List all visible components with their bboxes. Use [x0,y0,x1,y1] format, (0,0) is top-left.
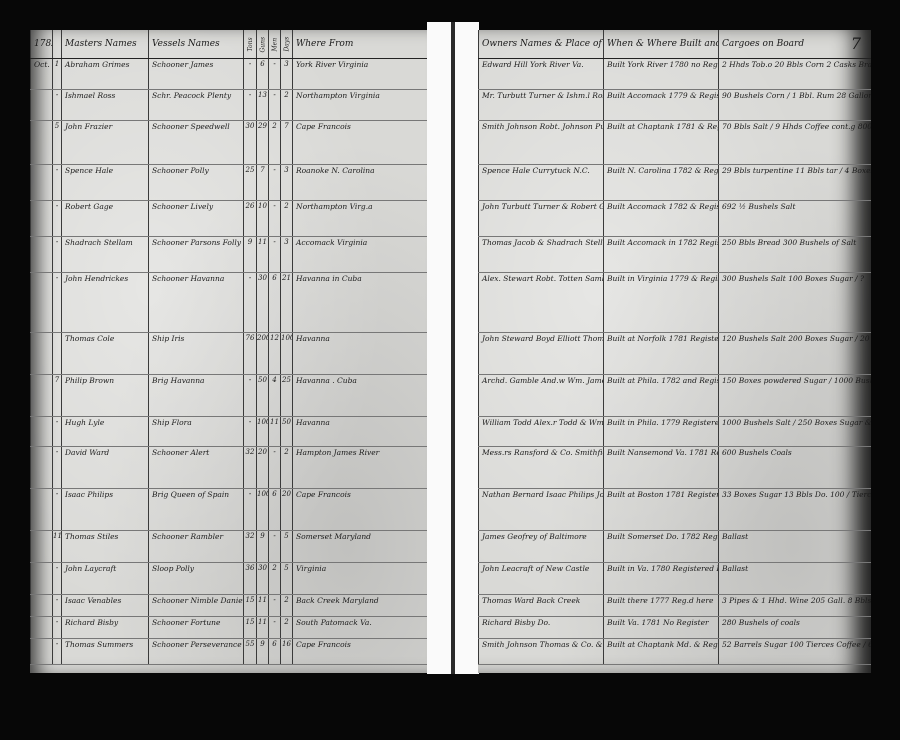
tons-cell: - [244,59,257,90]
vessel-name-cell: Brig Havanna [149,375,244,417]
guns-cell: 30 [257,273,269,333]
table-row: John Steward Boyd Elliott Thomas Todd & … [479,333,872,375]
tons-cell: - [244,375,257,417]
men-header: Men [269,30,281,59]
guns-cell: 10 [257,201,269,237]
master-name-cell: John Laycraft [62,563,149,595]
vessel-name-cell: Sloop Polly [149,563,244,595]
month-cell [31,617,53,639]
table-row: Oct.1Abraham GrimesSchooner James-6-3Yor… [31,59,428,90]
vessels-names-header: Vessels Names [149,30,244,59]
cargo-cell: Ballast [719,563,872,595]
where-from-cell: Virginia [293,563,428,595]
table-row: Smith Johnson Thomas & Co. & Saml. Johns… [479,639,872,665]
page-edge-right [455,22,479,674]
tons-cell: - [244,489,257,531]
cargoes-header: Cargoes on Board [719,30,872,59]
month-cell [31,201,53,237]
table-row: John Leacraft of New CastleBuilt in Va. … [479,563,872,595]
vessel-name-cell: Schooner Nimble Daniel [149,595,244,617]
built-registered-cell: Built in Virginia 1779 & Registered in P… [604,273,719,333]
master-name-cell: Thomas Stiles [62,531,149,563]
month-cell [31,121,53,165]
built-registered-cell: Built Somerset Do. 1782 Registered there… [604,531,719,563]
men-cell: 6 [269,273,281,333]
table-row: -Shadrach StellamSchooner Parsons Folly9… [31,237,428,273]
table-row: -David WardSchooner Alert3220-2Hampton J… [31,447,428,489]
where-from-cell: Cape Francois [293,489,428,531]
tons-cell: - [244,90,257,121]
guns-cell: 30 [257,563,269,595]
men-cell: 12 [269,333,281,375]
owners-cell: Smith Johnson Robt. Johnson Purviance & … [479,121,604,165]
built-registered-cell: Built in Va. 1780 Registered Baltimore 1… [604,563,719,595]
guns-cell: 11 [257,237,269,273]
guns-cell: 29 [257,121,269,165]
day-cell: - [53,90,62,121]
cargo-cell: 150 Boxes powdered Sugar / 1000 Bushels … [719,375,872,417]
day-cell: 7 [53,375,62,417]
built-registered-cell: Built Accomack in 1782 Registered there … [604,237,719,273]
owners-cell: Nathan Bernard Isaac Philips John Winthr… [479,489,604,531]
ledger-left-page: 1782 Masters Names Vessels Names Tons Gu… [30,30,427,673]
vessel-name-cell: Brig Queen of Spain [149,489,244,531]
master-name-cell: Philip Brown [62,375,149,417]
men-cell: 6 [269,489,281,531]
master-name-cell: Spence Hale [62,165,149,201]
month-cell [31,447,53,489]
men-cell: 2 [269,563,281,595]
day-cell: 11 [53,531,62,563]
owners-cell: Spence Hale Currytuck N.C. [479,165,604,201]
tons-cell: 15 [244,595,257,617]
cargo-cell: 692 ½ Bushels Salt [719,201,872,237]
owners-cell: John Turbutt Turner & Robert Gage Virg.a [479,201,604,237]
table-row: -Spence HaleSchooner Polly257-3Roanoke N… [31,165,428,201]
day-cell: - [53,489,62,531]
days-cell: 2 [281,447,293,489]
built-registered-cell: Built Accomack 1782 & Registered North.n… [604,201,719,237]
where-from-cell: Back Creek Maryland [293,595,428,617]
master-name-cell: Thomas Cole [62,333,149,375]
where-from-cell: Havanna in Cuba [293,273,428,333]
vessel-name-cell: Schooner Lively [149,201,244,237]
built-registered-cell: Built Va. 1781 No Register [604,617,719,639]
year-header: 1782 [31,30,53,59]
table-row: 5John FrazierSchooner Speedwell302927Cap… [31,121,428,165]
cargo-cell: 3 Pipes & 1 Hhd. Wine 205 Gall. 8 Bbls C… [719,595,872,617]
days-cell: 3 [281,59,293,90]
table-row: -Ishmael RossSchr. Peacock Plenty-13-2No… [31,90,428,121]
table-row: Nathan Bernard Isaac Philips John Winthr… [479,489,872,531]
guns-cell: 9 [257,639,269,665]
where-from-cell: Cape Francois [293,639,428,665]
men-cell: - [269,201,281,237]
where-from-cell: Havanna . Cuba [293,375,428,417]
ledger-right-page: 7 Owners Names & Place of Residence When… [478,30,871,673]
men-cell: - [269,531,281,563]
tons-cell: 55 [244,639,257,665]
table-row: -Robert GageSchooner Lively2610-2Northam… [31,201,428,237]
day-cell: - [53,201,62,237]
days-cell: 25 [281,375,293,417]
cargo-cell: 300 Bushels Salt 100 Boxes Sugar / ? [719,273,872,333]
men-cell: 6 [269,639,281,665]
table-row: Richard Bisby Do.Built Va. 1781 No Regis… [479,617,872,639]
master-name-cell: Ishmael Ross [62,90,149,121]
owners-header: Owners Names & Place of Residence [479,30,604,59]
built-registered-cell: Built there 1777 Reg.d here [604,595,719,617]
owners-cargo-table: Owners Names & Place of Residence When &… [478,30,871,665]
men-cell: 4 [269,375,281,417]
where-from-cell: Roanoke N. Carolina [293,165,428,201]
vessel-name-cell: Schooner Alert [149,447,244,489]
master-name-cell: David Ward [62,447,149,489]
table-row: Thomas ColeShip Iris7620012100Havanna [31,333,428,375]
day-cell: - [53,273,62,333]
built-registered-cell: Built Nansemond Va. 1781 Registered Hamp… [604,447,719,489]
vessel-name-cell: Ship Flora [149,417,244,447]
built-registered-cell: Built York River 1780 no Reg.r [604,59,719,90]
month-cell [31,333,53,375]
guns-cell: 11 [257,595,269,617]
month-cell [31,563,53,595]
tons-cell: 76 [244,333,257,375]
days-cell: 21 [281,273,293,333]
day-cell: 5 [53,121,62,165]
days-cell: 7 [281,121,293,165]
month-cell [31,639,53,665]
days-cell: 2 [281,201,293,237]
table-row: -John HendrickesSchooner Havanna-30621Ha… [31,273,428,333]
tons-cell: - [244,417,257,447]
table-row: James Geofrey of BaltimoreBuilt Somerset… [479,531,872,563]
masters-names-header: Masters Names [62,30,149,59]
built-registered-cell: Built at Norfolk 1781 Registered there 1… [604,333,719,375]
tons-cell: 32 [244,531,257,563]
month-cell [31,90,53,121]
days-header: Days [281,30,293,59]
table-row: -Isaac PhilipsBrig Queen of Spain-100620… [31,489,428,531]
vessel-name-cell: Schooner Polly [149,165,244,201]
days-cell: 2 [281,595,293,617]
vessel-name-cell: Schooner Speedwell [149,121,244,165]
cargo-cell: Ballast [719,531,872,563]
owners-cell: Mr. Turbutt Turner & Ishm.l Ross of Nort… [479,90,604,121]
cargo-cell: 2 Hhds Tob.o 20 Bbls Corn 2 Casks Brandy… [719,59,872,90]
days-cell: 50 [281,417,293,447]
owners-cell: Richard Bisby Do. [479,617,604,639]
owners-cell: John Steward Boyd Elliott Thomas Todd & … [479,333,604,375]
where-from-cell: Havanna [293,417,428,447]
day-cell: - [53,417,62,447]
day-cell: 1 [53,59,62,90]
tons-header: Tons [244,30,257,59]
month-cell [31,595,53,617]
tons-cell: 30 [244,121,257,165]
master-name-cell: Hugh Lyle [62,417,149,447]
day-cell: - [53,595,62,617]
days-cell: 3 [281,237,293,273]
header-row: 1782 Masters Names Vessels Names Tons Gu… [31,30,428,59]
tons-cell: 32 [244,447,257,489]
built-registered-cell: Built at Chaptank Md. & Registered here … [604,639,719,665]
men-cell: - [269,90,281,121]
master-name-cell: John Frazier [62,121,149,165]
cargo-cell: 250 Bbls Bread 300 Bushels of Salt [719,237,872,273]
master-name-cell: Shadrach Stellam [62,237,149,273]
guns-cell: 13 [257,90,269,121]
owners-cell: Smith Johnson Thomas & Co. & Saml. Johns… [479,639,604,665]
vessel-name-cell: Schooner Perseverance [149,639,244,665]
where-from-cell: Havanna [293,333,428,375]
guns-cell: 9 [257,531,269,563]
owners-cell: Alex. Stewart Robt. Totten Saml. Morris … [479,273,604,333]
tons-cell: - [244,273,257,333]
table-row: Alex. Stewart Robt. Totten Saml. Morris … [479,273,872,333]
guns-header: Guns [257,30,269,59]
master-name-cell: Abraham Grimes [62,59,149,90]
cargo-cell: 29 Bbls turpentine 11 Bbls tar / 4 Boxes… [719,165,872,201]
table-row: 7Philip BrownBrig Havanna-50425Havanna .… [31,375,428,417]
month-cell [31,417,53,447]
owners-cell: Mess.rs Ransford & Co. Smithfield in Vir… [479,447,604,489]
vessel-name-cell: Schooner Rambler [149,531,244,563]
table-row: Thomas Ward Back CreekBuilt there 1777 R… [479,595,872,617]
guns-cell: 100 [257,417,269,447]
days-cell: 2 [281,90,293,121]
table-row: -Thomas SummersSchooner Perseverance5596… [31,639,428,665]
men-cell: 2 [269,121,281,165]
guns-cell: 7 [257,165,269,201]
month-cell [31,273,53,333]
owners-cell: Thomas Jacob & Shadrach Stellam Accomack… [479,237,604,273]
owners-cell: Thomas Ward Back Creek [479,595,604,617]
days-cell: 5 [281,531,293,563]
table-row: -Isaac VenablesSchooner Nimble Daniel151… [31,595,428,617]
vessel-name-cell: Schooner Parsons Folly [149,237,244,273]
days-cell: 100 [281,333,293,375]
master-name-cell: Robert Gage [62,201,149,237]
owners-cell: William Todd Alex.r Todd & Wm. Pollard &… [479,417,604,447]
where-from-cell: York River Virginia [293,59,428,90]
month-cell [31,531,53,563]
table-row: 11Thomas StilesSchooner Rambler329-5Some… [31,531,428,563]
table-row: -Hugh LyleShip Flora-1001150Havanna [31,417,428,447]
month-cell [31,237,53,273]
day-cell: - [53,165,62,201]
day-cell: - [53,237,62,273]
guns-cell: 11 [257,617,269,639]
arrivals-table: 1782 Masters Names Vessels Names Tons Gu… [30,30,427,665]
men-cell: - [269,165,281,201]
page-edge-left [427,22,451,674]
cargo-cell: 52 Barrels Sugar 100 Tierces Coffee / 6 … [719,639,872,665]
tons-cell: 15 [244,617,257,639]
built-registered-cell: Built in Phila. 1779 Registered there Ma… [604,417,719,447]
days-cell: 20 [281,489,293,531]
table-row: Archd. Gamble And.w Wm. James Caldwell o… [479,375,872,417]
cargo-cell: 120 Bushels Salt 200 Boxes Sugar / 20 Ca… [719,333,872,375]
built-registered-header: When & Where Built and Where Registered [604,30,719,59]
where-from-cell: Cape Francois [293,121,428,165]
cargo-cell: 70 Bbls Salt / 9 Hhds Coffee cont.g 800 … [719,121,872,165]
master-name-cell: John Hendrickes [62,273,149,333]
day-cell: - [53,639,62,665]
cargo-cell: 1000 Bushels Salt / 250 Boxes Sugar & 16… [719,417,872,447]
day-header [53,30,62,59]
men-cell: - [269,59,281,90]
days-cell: 5 [281,563,293,595]
tons-cell: 9 [244,237,257,273]
month-cell [31,165,53,201]
where-from-header: Where From [293,30,428,59]
vessel-name-cell: Schooner Fortune [149,617,244,639]
where-from-cell: South Patomack Va. [293,617,428,639]
built-registered-cell: Built Accomack 1779 & Registered Do. 28 … [604,90,719,121]
day-cell: - [53,447,62,489]
guns-cell: 100 [257,489,269,531]
guns-cell: 6 [257,59,269,90]
guns-cell: 50 [257,375,269,417]
master-name-cell: Richard Bisby [62,617,149,639]
built-registered-cell: Built at Chaptank 1781 & Registered here… [604,121,719,165]
table-row: Mess.rs Ransford & Co. Smithfield in Vir… [479,447,872,489]
month-cell: Oct. [31,59,53,90]
table-row: Thomas Jacob & Shadrach Stellam Accomack… [479,237,872,273]
tons-cell: 25 [244,165,257,201]
header-row: Owners Names & Place of Residence When &… [479,30,872,59]
table-row: William Todd Alex.r Todd & Wm. Pollard &… [479,417,872,447]
cargo-cell: 600 Bushels Coals [719,447,872,489]
days-cell: 3 [281,165,293,201]
owners-cell: John Leacraft of New Castle [479,563,604,595]
where-from-cell: Somerset Maryland [293,531,428,563]
built-registered-cell: Built at Boston 1781 Registered there 9 … [604,489,719,531]
where-from-cell: Northampton Virg.a [293,201,428,237]
where-from-cell: Northampton Virginia [293,90,428,121]
vessel-name-cell: Schooner James [149,59,244,90]
men-cell: - [269,595,281,617]
master-name-cell: Isaac Philips [62,489,149,531]
cargo-cell: 280 Bushels of coals [719,617,872,639]
cargo-cell: 90 Bushels Corn / 1 Bbl. Rum 28 Gallons [719,90,872,121]
built-registered-cell: Built N. Carolina 1782 & Register'd Roan… [604,165,719,201]
master-name-cell: Thomas Summers [62,639,149,665]
owners-cell: Edward Hill York River Va. [479,59,604,90]
day-cell [53,333,62,375]
where-from-cell: Accomack Virginia [293,237,428,273]
vessel-name-cell: Schooner Havanna [149,273,244,333]
men-cell: - [269,447,281,489]
men-cell: 11 [269,417,281,447]
owners-cell: Archd. Gamble And.w Wm. James Caldwell o… [479,375,604,417]
table-row: -Richard BisbySchooner Fortune1511-2Sout… [31,617,428,639]
day-cell: - [53,617,62,639]
where-from-cell: Hampton James River [293,447,428,489]
days-cell: 2 [281,617,293,639]
built-registered-cell: Built at Phila. 1782 and Registered ther… [604,375,719,417]
tons-cell: 36 [244,563,257,595]
vessel-name-cell: Ship Iris [149,333,244,375]
owners-cell: James Geofrey of Baltimore [479,531,604,563]
table-row: Mr. Turbutt Turner & Ishm.l Ross of Nort… [479,90,872,121]
page-number: 7 [851,34,861,53]
day-cell: - [53,563,62,595]
men-cell: - [269,237,281,273]
table-row: Spence Hale Currytuck N.C.Built N. Carol… [479,165,872,201]
guns-cell: 200 [257,333,269,375]
table-row: -John LaycraftSloop Polly363025Virginia [31,563,428,595]
table-row: John Turbutt Turner & Robert Gage Virg.a… [479,201,872,237]
month-cell [31,489,53,531]
tons-cell: 26 [244,201,257,237]
cargo-cell: 33 Boxes Sugar 13 Bbls Do. 100 / Tierces… [719,489,872,531]
master-name-cell: Isaac Venables [62,595,149,617]
month-cell [31,375,53,417]
men-cell: - [269,617,281,639]
guns-cell: 20 [257,447,269,489]
table-row: Smith Johnson Robt. Johnson Purviance & … [479,121,872,165]
days-cell: 16 [281,639,293,665]
vessel-name-cell: Schr. Peacock Plenty [149,90,244,121]
table-row: Edward Hill York River Va.Built York Riv… [479,59,872,90]
